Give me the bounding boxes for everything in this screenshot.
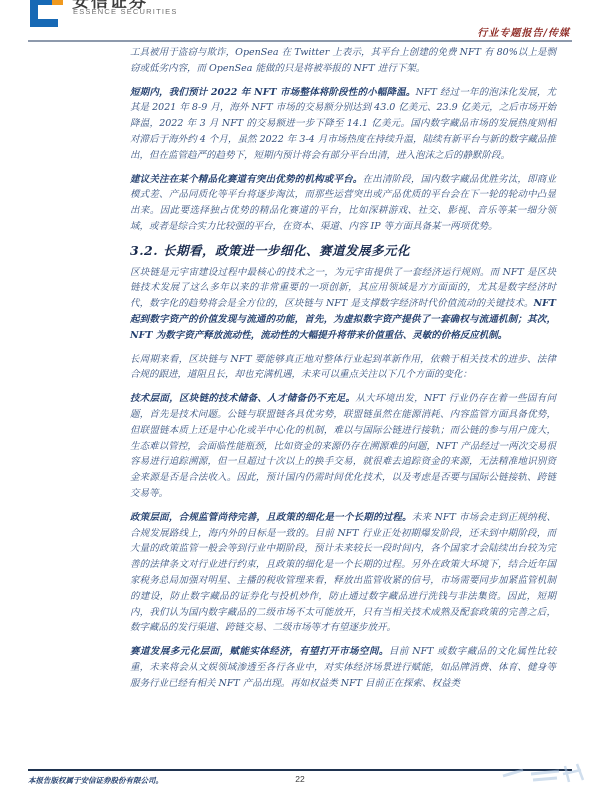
brand-name-english: ESSENCE SECURITIES — [73, 7, 178, 16]
paragraph-blockchain-nft-value: 区块链是元宇宙建设过程中最核心的技术之一，为元宇宙提供了一套经济运行规则。而 N… — [130, 265, 556, 344]
paragraph-short-term-outlook: 短期内，我们预计 2022 年 NFT 市场整体将阶段性的小幅降温。NFT 经过… — [130, 85, 556, 164]
report-page: 安信证券 ESSENCE SECURITIES 行业专题报告/传媒 工具被用于盗… — [0, 0, 600, 788]
section-heading-3-2: 3.2. 长期看，政策进一步细化、赛道发展多元化 — [130, 243, 556, 259]
report-type-label: 行业专题报告/传媒 — [477, 24, 570, 39]
footer-divider — [28, 769, 572, 771]
paragraph-policy-level: 政策层面，合规监管尚待完善，且政策的细化是一个长期的过程。未来 NFT 市场会走… — [130, 510, 556, 636]
page-number: 22 — [0, 774, 600, 784]
paragraph-platform-recommendation: 建议关注在某个精品化赛道有突出优势的机构或平台。在出清阶段，国内数字藏品优胜劣汰… — [130, 172, 556, 235]
paragraph-track-diversification: 赛道发展多元化层面，赋能实体经济，有望打开市场空间。目前 NFT 或数字藏品的文… — [130, 644, 556, 691]
paragraph-opensea: 工具被用于盗窃与欺诈，OpenSea 在 Twitter 上表示，其平台上创建的… — [130, 45, 556, 77]
report-body: 工具被用于盗窃与欺诈，OpenSea 在 Twitter 上表示，其平台上创建的… — [130, 45, 556, 699]
paragraph-technology-level: 技术层面，区块链的技术储备、人才储备仍不充足。从大环境出发，NFT 行业仍存在着… — [130, 391, 556, 502]
header-divider — [28, 40, 572, 42]
paragraph-long-cycle: 长周期来看，区块链与 NFT 要能够真正地对整体行业起到革新作用，依赖于相关技术… — [130, 352, 556, 384]
essence-securities-logo-icon — [30, 0, 64, 27]
